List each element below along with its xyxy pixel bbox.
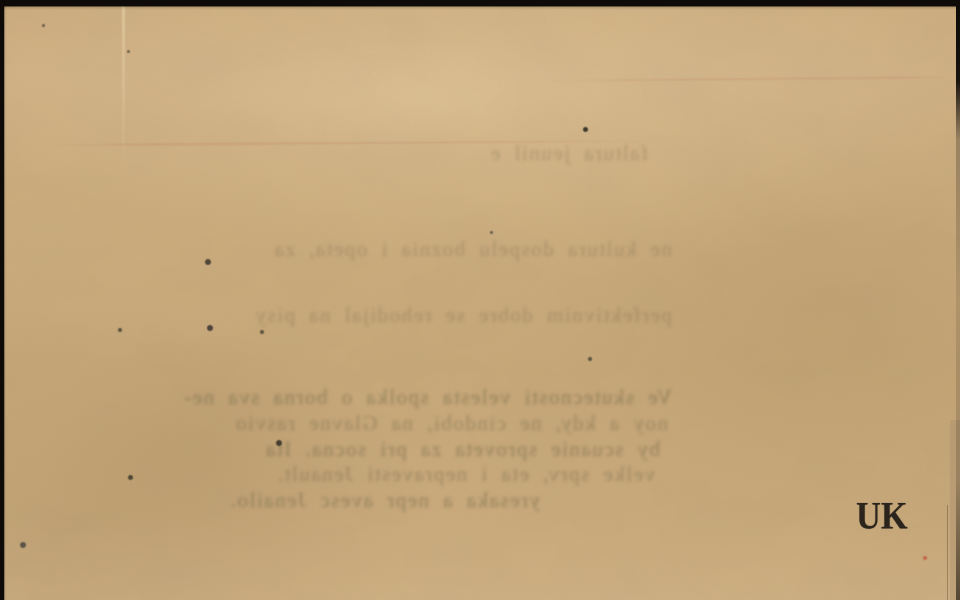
crease-line-horizontal [540, 76, 960, 82]
ghost-text-line: perfektivnim dobre se rehodijal na pisy [100, 303, 672, 328]
paper-speck [128, 475, 133, 480]
scan-left-edge [0, 0, 4, 600]
paper-speck [42, 24, 45, 27]
uk-stamp-text: UK [856, 497, 908, 536]
ghost-text-line: by scuanie sproveta za pri socna. Ita [84, 437, 660, 462]
ghost-text-line: ne kultura dospelu boznia i opeta, za [118, 237, 672, 262]
paper-speck [583, 127, 588, 132]
paper-speck [207, 325, 213, 331]
scan-top-edge [0, 0, 960, 6]
ghost-text-line: velke sprv, eta i nepravesti Jenault. [84, 462, 655, 487]
ghost-text-line: Ve skutecnosti velesta spolka o borna sv… [72, 385, 672, 410]
fold-line-vertical [122, 0, 125, 175]
ghost-text-line: noy a kdy, ne cindobi, na Glavne rasvio [90, 411, 668, 436]
paper-speck [127, 50, 130, 53]
ghost-text-line: yresaka a nepr avesc Jenailo. [93, 488, 540, 513]
paper-sheet: faltura jeunil e ne kultura dospelu bozn… [0, 0, 960, 600]
paper-speck [260, 330, 264, 334]
paper-speck [205, 259, 211, 265]
paper-speck [490, 231, 493, 234]
ghost-text-line: faltura jeunil e [383, 141, 648, 166]
scan-right-edge [956, 0, 960, 600]
paper-speck [20, 542, 26, 548]
paper-speck [118, 328, 122, 332]
paper-speck [588, 357, 592, 361]
paper-speck [276, 440, 282, 446]
paper-edge-line [947, 505, 948, 600]
paper-speck [923, 556, 927, 560]
